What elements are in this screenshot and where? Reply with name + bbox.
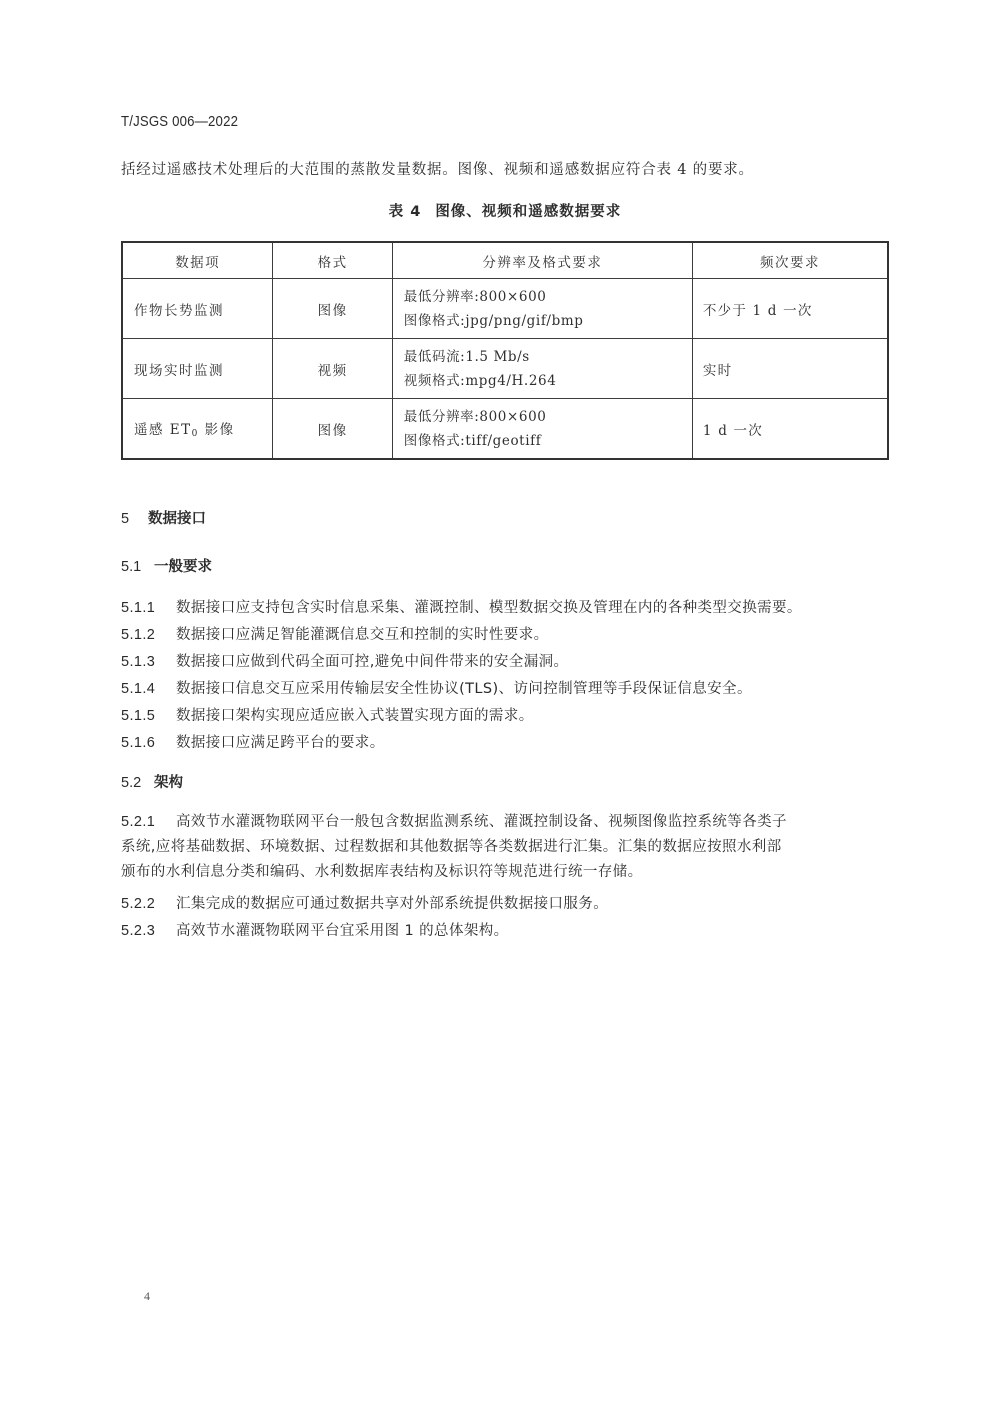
cell-spec: 最低分辨率:800×600 图像格式:tiff/geotiff [392,399,692,460]
clause-text: 数据接口应满足跨平台的要求。 [176,735,385,751]
cell-frequency: 实时 [692,339,888,399]
standard-code-header: T/JSGS 006—2022 [121,113,238,130]
clause-number: 5.1.4 [121,681,176,697]
clause-number: 5.2.3 [121,923,176,939]
clause-text: 数据接口应做到代码全面可控,避免中间件带来的安全漏洞。 [176,654,568,670]
item-text: 影像 [199,422,235,438]
spec-line: 图像格式:tiff/geotiff [404,429,692,453]
cell-frequency: 不少于 1 d 一次 [692,279,888,339]
clause-text: 汇集完成的数据应可通过数据共享对外部系统提供数据接口服务。 [176,896,608,912]
clause-5-1-6: 5.1.6数据接口应满足跨平台的要求。 [121,731,385,752]
clause-text: 数据接口应满足智能灌溉信息交互和控制的实时性要求。 [176,627,549,643]
clause-5-2-3: 5.2.3高效节水灌溉物联网平台宜采用图 1 的总体架构。 [121,919,509,940]
table-title: 图像、视频和遥感数据要求 [435,204,621,220]
cell-item: 作物长势监测 [122,279,273,339]
cell-item: 遥感 ET0 影像 [122,399,273,460]
clause-text: 数据接口架构实现应适应嵌入式装置实现方面的需求。 [176,708,534,724]
spec-line: 最低码流:1.5 Mb/s [404,345,692,369]
column-header-item: 数据项 [122,242,273,279]
clause-text: 数据接口信息交互应采用传输层安全性协议(TLS)、访问控制管理等手段保证信息安全… [176,681,752,697]
section-title: 架构 [154,775,183,791]
clause-text: 数据接口应支持包含实时信息采集、灌溉控制、模型数据交换及管理在内的各种类型交换需… [176,600,802,616]
clause-number: 5.1.5 [121,708,176,724]
cell-frequency: 1 d 一次 [692,399,888,460]
section-5-heading: 5数据接口 [121,507,206,528]
clause-5-1-2: 5.1.2数据接口应满足智能灌溉信息交互和控制的实时性要求。 [121,623,549,644]
table-number: 表 4 [389,204,422,220]
clause-number: 5.1.3 [121,654,176,670]
clause-5-1-5: 5.1.5数据接口架构实现应适应嵌入式装置实现方面的需求。 [121,704,534,725]
cell-item: 现场实时监测 [122,339,273,399]
clause-number: 5.2.2 [121,896,176,912]
spec-line: 最低分辨率:800×600 [404,405,692,429]
clause-number: 5.1.2 [121,627,176,643]
section-number: 5 [121,511,148,527]
clause-number: 5.2.1 [121,810,176,835]
clause-text: 系统,应将基础数据、环境数据、过程数据和其他数据等各类数据进行汇集。汇集的数据应… [121,835,891,860]
item-text: 遥感 ET [134,422,192,438]
spec-line: 视频格式:mpg4/H.264 [404,369,692,393]
table-row: 现场实时监测 视频 最低码流:1.5 Mb/s 视频格式:mpg4/H.264 … [122,339,888,399]
table-caption: 表 4图像、视频和遥感数据要求 [0,200,992,221]
clause-5-2-2: 5.2.2汇集完成的数据应可通过数据共享对外部系统提供数据接口服务。 [121,892,608,913]
clause-5-1-1: 5.1.1数据接口应支持包含实时信息采集、灌溉控制、模型数据交换及管理在内的各种… [121,596,802,617]
section-5-1-heading: 5.1一般要求 [121,555,212,576]
item-subscript: 0 [192,429,199,439]
cell-spec: 最低码流:1.5 Mb/s 视频格式:mpg4/H.264 [392,339,692,399]
spec-line: 图像格式:jpg/png/gif/bmp [404,309,692,333]
spec-line: 最低分辨率:800×600 [404,285,692,309]
cell-format: 图像 [273,279,392,339]
clause-5-1-3: 5.1.3数据接口应做到代码全面可控,避免中间件带来的安全漏洞。 [121,650,568,671]
requirements-table: 数据项 格式 分辨率及格式要求 频次要求 作物长势监测 图像 最低分辨率:800… [121,241,889,460]
section-number: 5.2 [121,775,154,791]
cell-format: 图像 [273,399,392,460]
section-title: 一般要求 [154,559,212,575]
clause-text: 颁布的水利信息分类和编码、水利数据库表结构及标识符等规范进行统一存储。 [121,860,891,885]
section-5-2-heading: 5.2架构 [121,771,183,792]
column-header-spec: 分辨率及格式要求 [392,242,692,279]
clause-text: 高效节水灌溉物联网平台宜采用图 1 的总体架构。 [176,923,509,939]
table-header-row: 数据项 格式 分辨率及格式要求 频次要求 [122,242,888,279]
page-number: 4 [144,1289,150,1304]
clause-number: 5.1.1 [121,600,176,616]
cell-format: 视频 [273,339,392,399]
section-number: 5.1 [121,559,154,575]
table-row: 作物长势监测 图像 最低分辨率:800×600 图像格式:jpg/png/gif… [122,279,888,339]
column-header-format: 格式 [273,242,392,279]
intro-paragraph: 括经过遥感技术处理后的大范围的蒸散发量数据。图像、视频和遥感数据应符合表 4 的… [121,160,754,180]
clause-5-1-4: 5.1.4数据接口信息交互应采用传输层安全性协议(TLS)、访问控制管理等手段保… [121,677,752,698]
table-row: 遥感 ET0 影像 图像 最低分辨率:800×600 图像格式:tiff/geo… [122,399,888,460]
cell-spec: 最低分辨率:800×600 图像格式:jpg/png/gif/bmp [392,279,692,339]
section-title: 数据接口 [148,511,206,527]
column-header-frequency: 频次要求 [692,242,888,279]
clause-text: 高效节水灌溉物联网平台一般包含数据监测系统、灌溉控制设备、视频图像监控系统等各类… [176,814,787,830]
clause-number: 5.1.6 [121,735,176,751]
clause-5-2-1: 5.2.1高效节水灌溉物联网平台一般包含数据监测系统、灌溉控制设备、视频图像监控… [121,810,891,885]
